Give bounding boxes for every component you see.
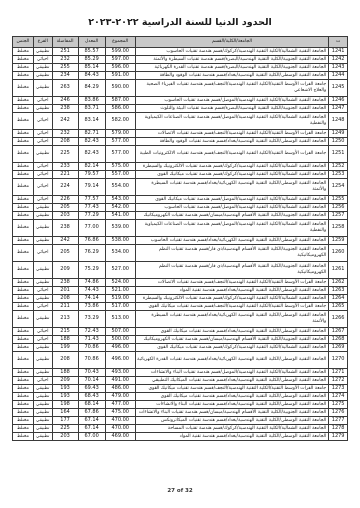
cell-gender: مختلط (13, 113, 34, 130)
table-row: 1263الجامعة التقنية الوسطى/الكلية التقني… (13, 287, 348, 295)
cell-average: 82.43 (78, 138, 105, 146)
cell-branch: تطبيقي (33, 401, 52, 409)
cell-id: 1246 (329, 97, 348, 105)
table-row: 1271الجامعة التقنية الشمالية/الكلية التق… (13, 369, 348, 377)
cell-description: جامعة الفرات الأوسط التقنية/الكلية التقن… (135, 80, 329, 97)
cell-average: 74.43 (78, 287, 105, 295)
cell-preference: 224 (52, 179, 78, 196)
cell-total: 577.00 (105, 146, 135, 163)
cell-total: 577.00 (105, 138, 135, 146)
cell-preference: 255 (52, 64, 78, 72)
cell-preference: 199 (52, 344, 78, 352)
cell-id: 1241 (329, 48, 348, 56)
cell-average: 70.43 (78, 369, 105, 377)
cell-total: 597.00 (105, 56, 135, 64)
cell-total: 534.00 (105, 245, 135, 262)
cell-id: 1243 (329, 64, 348, 72)
cell-id: 1279 (329, 433, 348, 441)
cell-description: الجامعة التقنية الوسطى/الكلية التقنية ال… (135, 138, 329, 146)
cell-gender: مختلط (13, 401, 34, 409)
cell-description: جامعة الفرات الأوسط التقنية/الكلية التقن… (135, 130, 329, 138)
cell-average: 68.43 (78, 393, 105, 401)
cell-id: 1277 (329, 417, 348, 425)
cell-gender: مختلط (13, 417, 34, 425)
cell-branch: احيائي (33, 377, 52, 385)
cell-id: 1249 (329, 130, 348, 138)
cell-id: 1247 (329, 105, 348, 113)
cell-branch: تطبيقي (33, 80, 52, 97)
cell-preference: 205 (52, 204, 78, 212)
cell-description: الجامعة التقنية الجنوبية/الكلية التقنية … (135, 336, 329, 344)
cell-average: 70.86 (78, 352, 105, 369)
cell-id: 1260 (329, 245, 348, 262)
cell-description: الجامعة التقنية الشمالية/الكلية التقنية … (135, 196, 329, 204)
cell-preference: 221 (52, 171, 78, 179)
cell-total: 524.00 (105, 279, 135, 287)
cell-branch: تطبيقي (33, 295, 52, 303)
cell-branch: تطبيقي (33, 344, 52, 352)
cell-gender: مختلط (13, 369, 34, 377)
cell-total: 557.00 (105, 171, 135, 179)
table-row: 1267الجامعة التقنية الوسطى/الكلية التقني… (13, 328, 348, 336)
cell-average: 72.43 (78, 328, 105, 336)
cell-average: 67.14 (78, 425, 105, 433)
cell-preference: 232 (52, 130, 78, 138)
cell-branch: تطبيقي (33, 369, 52, 377)
cell-average: 67.14 (78, 417, 105, 425)
cell-id: 1254 (329, 179, 348, 196)
cell-average: 76.29 (78, 245, 105, 262)
cell-description: الجامعة التقنية الشمالية/الكلية التقنية … (135, 163, 329, 171)
cell-gender: مختلط (13, 336, 34, 344)
cell-total: 479.00 (105, 393, 135, 401)
table-row: 1262جامعة الفرات الأوسط التقنية/الكلية ا… (13, 279, 348, 287)
cell-preference: 201 (52, 287, 78, 295)
cell-description: جامعة الفرات الأوسط التقنية/الكلية التقن… (135, 146, 329, 163)
page-indicator: 27 of 32 (0, 488, 360, 494)
cell-id: 1248 (329, 113, 348, 130)
cell-id: 1242 (329, 56, 348, 64)
cell-preference: 238 (52, 279, 78, 287)
cell-description: جامعة الفرات الأوسط التقنية/الكلية التقن… (135, 385, 329, 393)
table-row: 1264الجامعة التقنية الشمالية/الكلية التق… (13, 295, 348, 303)
cell-branch: احيائي (33, 303, 52, 311)
cell-average: 73.86 (78, 303, 105, 311)
cell-gender: مختلط (13, 262, 34, 279)
cell-average: 73.29 (78, 311, 105, 328)
cell-description: الجامعة التقنية الشمالية/الكلية التقنية … (135, 113, 329, 130)
cell-branch: احيائي (33, 163, 52, 171)
cell-id: 1273 (329, 385, 348, 393)
cell-id: 1250 (329, 138, 348, 146)
cell-gender: مختلط (13, 196, 34, 204)
cell-description: الجامعة التقنية الوسطى/الكلية التقنية ال… (135, 237, 329, 245)
cell-total: 591.00 (105, 72, 135, 80)
cell-gender: مختلط (13, 287, 34, 295)
table-row: 1268الجامعة التقنية الجنوبية/الكلية التق… (13, 336, 348, 344)
cell-preference: 177 (52, 417, 78, 425)
cell-gender: مختلط (13, 97, 34, 105)
cell-preference: 232 (52, 56, 78, 64)
table-row: 1241الجامعة التقنية الشمالية/الكلية التق… (13, 48, 348, 56)
cell-description: الجامعة التقنية الجنوبية/الكلية التقنية … (135, 409, 329, 417)
cell-average: 82.71 (78, 130, 105, 138)
cell-branch: تطبيقي (33, 105, 52, 113)
table-row: 1269الجامعة التقنية الشمالية/الكلية التق… (13, 344, 348, 352)
cell-total: 542.00 (105, 204, 135, 212)
cell-description: الجامعة التقنية الشمالية/الكلية التقنية … (135, 171, 329, 179)
cell-total: 469.00 (105, 433, 135, 441)
table-row: 1247الجامعة التقنية الجنوبية/الكلية التق… (13, 105, 348, 113)
cell-preference: 188 (52, 369, 78, 377)
table-row: 1260الجامعة التقنية الجنوبية/الكلية التق… (13, 245, 348, 262)
cell-gender: مختلط (13, 279, 34, 287)
cell-branch: تطبيقي (33, 48, 52, 56)
cell-total: 493.00 (105, 369, 135, 377)
cell-description: الجامعة التقنية الوسطى/الكلية التقنية ال… (135, 352, 329, 369)
cell-preference: 208 (52, 295, 78, 303)
cell-branch: احيائي (33, 196, 52, 204)
cell-id: 1259 (329, 237, 348, 245)
cell-branch: تطبيقي (33, 425, 52, 433)
cell-total: 582.00 (105, 113, 135, 130)
cell-total: 519.00 (105, 295, 135, 303)
table-row: 1276الجامعة التقنية الجنوبية/الكلية التق… (13, 409, 348, 417)
cell-total: 496.00 (105, 352, 135, 369)
cell-average: 67.86 (78, 409, 105, 417)
table-row: 1242الجامعة التقنية الجنوبية/الكلية التق… (13, 56, 348, 64)
cell-total: 517.00 (105, 303, 135, 311)
cell-branch: تطبيقي (33, 417, 52, 425)
cell-branch: تطبيقي (33, 311, 52, 328)
table-row: 1261الجامعة التقنية الجنوبية/الكلية التق… (13, 262, 348, 279)
cell-gender: مختلط (13, 171, 34, 179)
cell-description: جامعة الفرات الأوسط التقنية/الكلية التقن… (135, 303, 329, 311)
cell-id: 1244 (329, 72, 348, 80)
cell-average: 68.14 (78, 401, 105, 409)
table-row: 1258الجامعة التقنية الشمالية/الكلية التق… (13, 220, 348, 237)
cell-branch: تطبيقي (33, 393, 52, 401)
cell-id: 1278 (329, 425, 348, 433)
cell-average: 82.14 (78, 163, 105, 171)
cell-branch: تطبيقي (33, 204, 52, 212)
cell-gender: مختلط (13, 80, 34, 97)
cell-total: 477.00 (105, 401, 135, 409)
cell-description: الجامعة التقنية الجنوبية/الكلية التقنية … (135, 245, 329, 262)
cell-preference: 193 (52, 385, 78, 393)
cell-total: 587.00 (105, 97, 135, 105)
cell-id: 1275 (329, 401, 348, 409)
cell-description: الجامعة التقنية الشمالية/الكلية التقنية … (135, 344, 329, 352)
cell-description: الجامعة التقنية الوسطى/الكلية التقنية ال… (135, 72, 329, 80)
cell-total: 527.00 (105, 262, 135, 279)
cell-id: 1258 (329, 220, 348, 237)
table-row: 1254الجامعة التقنية الوسطى/الكلية التقني… (13, 179, 348, 196)
table-row: 1270الجامعة التقنية الوسطى/الكلية التقني… (13, 352, 348, 369)
cell-id: 1271 (329, 369, 348, 377)
cell-branch: احيائي (33, 336, 52, 344)
cell-gender: مختلط (13, 295, 34, 303)
cell-average: 83.71 (78, 105, 105, 113)
cell-branch: احيائي (33, 97, 52, 105)
table-row: 1279الجامعة التقنية الوسطى/الكلية التقني… (13, 433, 348, 441)
table-row: 1245جامعة الفرات الأوسط التقنية/الكلية ا… (13, 80, 348, 97)
cell-average: 77.43 (78, 204, 105, 212)
cell-average: 74.86 (78, 279, 105, 287)
table-row: 1243الجامعة التقنية الجنوبية/الكلية التق… (13, 64, 348, 72)
cell-branch: احيائي (33, 179, 52, 196)
cell-branch: احيائي (33, 138, 52, 146)
cell-id: 1269 (329, 344, 348, 352)
cell-branch: احيائي (33, 130, 52, 138)
cell-average: 74.14 (78, 295, 105, 303)
cell-average: 84.29 (78, 80, 105, 97)
table-row: 1274الجامعة التقنية الوسطى/الكلية التقني… (13, 393, 348, 401)
cell-gender: مختلط (13, 311, 34, 328)
cell-preference: 209 (52, 262, 78, 279)
cell-id: 1261 (329, 262, 348, 279)
cell-id: 1268 (329, 336, 348, 344)
cell-average: 75.29 (78, 262, 105, 279)
cell-average: 85.57 (78, 48, 105, 56)
cell-total: 543.00 (105, 196, 135, 204)
cell-preference: 203 (52, 212, 78, 220)
cell-gender: مختلط (13, 146, 34, 163)
cell-preference: 225 (52, 146, 78, 163)
cell-total: 590.00 (105, 80, 135, 97)
cell-gender: مختلط (13, 105, 34, 113)
cell-preference: 238 (52, 105, 78, 113)
cell-id: 1257 (329, 212, 348, 220)
cell-average: 70.86 (78, 344, 105, 352)
table-row: 1273جامعة الفرات الأوسط التقنية/الكلية ا… (13, 385, 348, 393)
cell-total: 586.00 (105, 105, 135, 113)
cell-gender: مختلط (13, 425, 34, 433)
cell-description: الجامعة التقنية الجنوبية/الكلية التقنية … (135, 212, 329, 220)
cell-total: 470.00 (105, 425, 135, 433)
cell-preference: 203 (52, 433, 78, 441)
cell-total: 500.00 (105, 336, 135, 344)
cell-total: 496.00 (105, 344, 135, 352)
cell-average: 70.14 (78, 377, 105, 385)
cell-preference: 215 (52, 328, 78, 336)
cell-total: 541.00 (105, 212, 135, 220)
header-gender: الجنس (13, 37, 34, 48)
cell-total: 599.00 (105, 48, 135, 56)
cell-branch: تطبيقي (33, 352, 52, 369)
cell-description: الجامعة التقنية الوسطى/الكلية التقنية ال… (135, 401, 329, 409)
cell-branch: احيائي (33, 113, 52, 130)
header-description: الجامعة/الكلية/القسم (135, 37, 329, 48)
cell-average: 85.14 (78, 64, 105, 72)
table-row: 1246الجامعة التقنية الشمالية/الكلية التق… (13, 97, 348, 105)
cell-total: 491.00 (105, 377, 135, 385)
cell-gender: مختلط (13, 385, 34, 393)
cell-id: 1245 (329, 80, 348, 97)
cell-branch: تطبيقي (33, 385, 52, 393)
cell-description: الجامعة التقنية الوسطى/الكلية التقنية ال… (135, 417, 329, 425)
cell-gender: مختلط (13, 237, 34, 245)
cell-branch: تطبيقي (33, 409, 52, 417)
cell-total: 513.00 (105, 311, 135, 328)
cell-description: الجامعة التقنية الشمالية/الكلية التقنية … (135, 425, 329, 433)
cell-preference: 208 (52, 138, 78, 146)
cell-gender: مختلط (13, 72, 34, 80)
cell-gender: مختلط (13, 130, 34, 138)
cell-total: 470.00 (105, 417, 135, 425)
cell-id: 1272 (329, 377, 348, 385)
cell-average: 69.43 (78, 385, 105, 393)
cell-gender: مختلط (13, 303, 34, 311)
cell-gender: مختلط (13, 220, 34, 237)
cell-average: 77.29 (78, 212, 105, 220)
cell-gender: مختلط (13, 138, 34, 146)
cell-average: 71.43 (78, 336, 105, 344)
cell-total: 575.00 (105, 163, 135, 171)
cell-branch: تطبيقي (33, 72, 52, 80)
cell-preference: 198 (52, 401, 78, 409)
cell-description: الجامعة التقنية الوسطى/الكلية التقنية ال… (135, 377, 329, 385)
cell-branch: احيائي (33, 328, 52, 336)
cell-preference: 251 (52, 48, 78, 56)
cell-preference: 234 (52, 72, 78, 80)
cell-id: 1267 (329, 328, 348, 336)
cell-preference: 211 (52, 303, 78, 311)
cell-average: 83.86 (78, 97, 105, 105)
cell-id: 1276 (329, 409, 348, 417)
cell-preference: 238 (52, 220, 78, 237)
table-row: 1255الجامعة التقنية الشمالية/الكلية التق… (13, 196, 348, 204)
cell-description: الجامعة التقنية الجنوبية/الكلية التقنية … (135, 64, 329, 72)
table-row: 1272الجامعة التقنية الوسطى/الكلية التقني… (13, 377, 348, 385)
cell-id: 1255 (329, 196, 348, 204)
cell-branch: تطبيقي (33, 262, 52, 279)
cell-id: 1256 (329, 204, 348, 212)
cell-total: 538.00 (105, 237, 135, 245)
cell-preference: 209 (52, 377, 78, 385)
cell-preference: 242 (52, 113, 78, 130)
cell-description: الجامعة التقنية الوسطى/الكلية التقنية ال… (135, 287, 329, 295)
table-row: 1250الجامعة التقنية الوسطى/الكلية التقني… (13, 138, 348, 146)
cell-description: الجامعة التقنية الوسطى/الكلية التقنية ال… (135, 393, 329, 401)
cell-preference: 188 (52, 336, 78, 344)
cell-description: الجامعة التقنية الشمالية/الكلية التقنية … (135, 48, 329, 56)
cell-preference: 242 (52, 237, 78, 245)
header-preference: المفاضلة (52, 37, 78, 48)
table-row: 1256الجامعة التقنية الشمالية/الكلية التق… (13, 204, 348, 212)
cell-total: 475.00 (105, 409, 135, 417)
cell-description: الجامعة التقنية الوسطى/الكلية التقنية ال… (135, 311, 329, 328)
cell-gender: مختلط (13, 344, 34, 352)
cell-preference: 213 (52, 311, 78, 328)
cell-average: 82.43 (78, 146, 105, 163)
cell-gender: مختلط (13, 64, 34, 72)
header-id: ت (329, 37, 348, 48)
cell-branch: تطبيقي (33, 237, 52, 245)
table-row: 1265جامعة الفرات الأوسط التقنية/الكلية ا… (13, 303, 348, 311)
cell-branch: تطبيقي (33, 433, 52, 441)
table-header-row: ت الجامعة/الكلية/القسم المجموع المعدل ال… (13, 37, 348, 48)
cell-id: 1262 (329, 279, 348, 287)
cell-branch: احيائي (33, 245, 52, 262)
cell-branch: تطبيقي (33, 64, 52, 72)
cell-gender: مختلط (13, 328, 34, 336)
cell-branch: تطبيقي (33, 212, 52, 220)
cell-id: 1265 (329, 303, 348, 311)
table-row: 1251جامعة الفرات الأوسط التقنية/الكلية ا… (13, 146, 348, 163)
cell-total: 486.00 (105, 385, 135, 393)
table-row: 1259الجامعة التقنية الوسطى/الكلية التقني… (13, 237, 348, 245)
cell-branch: احيائي (33, 56, 52, 64)
cell-average: 85.29 (78, 56, 105, 64)
cell-branch: تطبيقي (33, 146, 52, 163)
cell-gender: مختلط (13, 352, 34, 369)
cell-average: 67.00 (78, 433, 105, 441)
cell-preference: 246 (52, 97, 78, 105)
cell-gender: مختلط (13, 433, 34, 441)
cell-preference: 193 (52, 393, 78, 401)
cell-branch: تطبيقي (33, 279, 52, 287)
table-row: 1244الجامعة التقنية الوسطى/الكلية التقني… (13, 72, 348, 80)
table-row: 1252الجامعة التقنية الشمالية/الكلية التق… (13, 163, 348, 171)
cell-id: 1274 (329, 393, 348, 401)
cell-gender: مختلط (13, 204, 34, 212)
table-row: 1248الجامعة التقنية الشمالية/الكلية التق… (13, 113, 348, 130)
table-row: 1249جامعة الفرات الأوسط التقنية/الكلية ا… (13, 130, 348, 138)
cell-gender: مختلط (13, 56, 34, 64)
cell-description: الجامعة التقنية الشمالية/الكلية التقنية … (135, 369, 329, 377)
cell-total: 579.00 (105, 130, 135, 138)
cell-gender: مختلط (13, 163, 34, 171)
cell-id: 1251 (329, 146, 348, 163)
header-average: المعدل (78, 37, 105, 48)
cell-average: 77.00 (78, 220, 105, 237)
admissions-table: ت الجامعة/الكلية/القسم المجموع المعدل ال… (12, 36, 348, 441)
cell-description: الجامعة التقنية الوسطى/الكلية التقنية ال… (135, 328, 329, 336)
header-total: المجموع (105, 37, 135, 48)
cell-average: 77.57 (78, 196, 105, 204)
table-row: 1277الجامعة التقنية الوسطى/الكلية التقني… (13, 417, 348, 425)
cell-preference: 263 (52, 80, 78, 97)
cell-branch: احيائي (33, 287, 52, 295)
cell-total: 507.00 (105, 328, 135, 336)
page-title: الحدود الدنيا للسنة الدراسية ٢٠٢٢-٢٠٢٣ (0, 17, 360, 28)
cell-description: الجامعة التقنية الجنوبية/الكلية التقنية … (135, 56, 329, 64)
cell-preference: 205 (52, 245, 78, 262)
table-row: 1278الجامعة التقنية الشمالية/الكلية التق… (13, 425, 348, 433)
cell-description: الجامعة التقنية الجنوبية/الكلية التقنية … (135, 262, 329, 279)
cell-gender: مختلط (13, 377, 34, 385)
cell-total: 554.00 (105, 179, 135, 196)
cell-preference: 233 (52, 163, 78, 171)
cell-preference: 225 (52, 425, 78, 433)
cell-description: الجامعة التقنية الوسطى/الكلية التقنية ال… (135, 433, 329, 441)
cell-description: الجامعة التقنية الوسطى/الكلية التقنية ال… (135, 179, 329, 196)
cell-average: 84.43 (78, 72, 105, 80)
cell-gender: مختلط (13, 179, 34, 196)
cell-average: 79.57 (78, 171, 105, 179)
table-row: 1253الجامعة التقنية الشمالية/الكلية التق… (13, 171, 348, 179)
cell-description: الجامعة التقنية الجنوبية/الكلية التقنية … (135, 105, 329, 113)
cell-description: الجامعة التقنية الشمالية/الكلية التقنية … (135, 295, 329, 303)
cell-branch: احيائي (33, 171, 52, 179)
cell-id: 1264 (329, 295, 348, 303)
cell-description: الجامعة التقنية الشمالية/الكلية التقنية … (135, 220, 329, 237)
cell-average: 76.86 (78, 237, 105, 245)
cell-id: 1253 (329, 171, 348, 179)
cell-gender: مختلط (13, 212, 34, 220)
cell-description: جامعة الفرات الأوسط التقنية/الكلية التقن… (135, 279, 329, 287)
